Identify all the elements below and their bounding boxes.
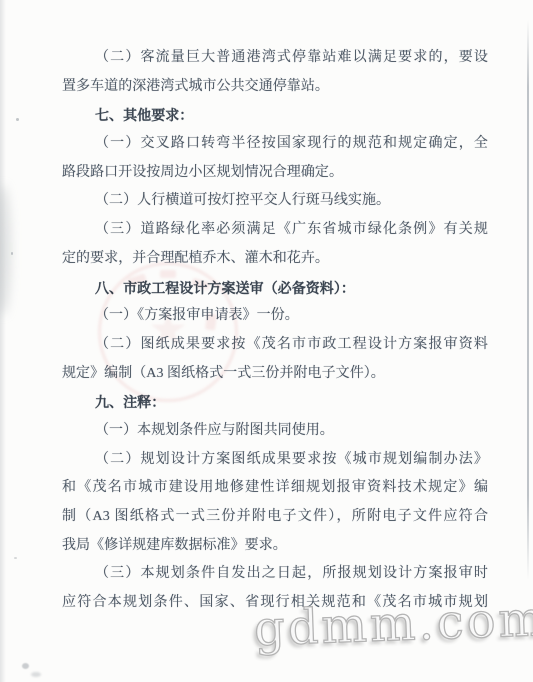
text-line: 我局《修详规建库数据标准》要求。 bbox=[62, 532, 488, 561]
scan-speck bbox=[11, 252, 13, 255]
text-line: 制（A3 图纸格式一式三份并附电子文件），所附电子文件应符合 bbox=[62, 503, 488, 532]
text-line: 规定》编制（A3 图纸格式一式三份并附电子文件）。 bbox=[62, 360, 488, 389]
scan-smudge bbox=[0, 185, 11, 315]
scan-speck bbox=[14, 557, 17, 559]
text-line: （一）《方案报审申请表》一份。 bbox=[62, 302, 488, 331]
text-line: （一）交叉路口转弯半径按国家现行的规范和规定确定，全 bbox=[62, 130, 488, 159]
text-line: 定的要求，并合理配植乔木、灌木和花卉。 bbox=[62, 245, 488, 274]
text-line: （二）规划设计方案图纸成果要求按《城市规划编制办法》 bbox=[62, 446, 488, 475]
text-line: 应符合本规划条件、国家、省现行相关规范和《茂名市城市规划 bbox=[62, 589, 488, 618]
text-line: （二）人行横道可按灯控平交人行斑马线实施。 bbox=[62, 187, 488, 216]
text-line: 路段路口开设按周边小区规划情况合理确定。 bbox=[62, 159, 488, 188]
text-line: （三）道路绿化率必须满足《广东省城市绿化条例》有关规 bbox=[62, 216, 488, 245]
document-text-block: （二）客流量巨大普通港湾式停靠站难以满足要求的，要设置多车道的深港湾式城市公共交… bbox=[62, 44, 488, 618]
section-heading-line: 八、市政工程设计方案送审（必备资料）： bbox=[62, 274, 488, 303]
scan-speck bbox=[16, 118, 19, 121]
scan-speck bbox=[31, 672, 41, 677]
section-heading-line: 七、其他要求： bbox=[62, 101, 488, 130]
text-line: （一）本规划条件应与附图共同使用。 bbox=[62, 417, 488, 446]
scan-edge-left bbox=[0, 0, 6, 682]
text-line: （二）图纸成果要求按《茂名市市政工程设计方案报审资料 bbox=[62, 331, 488, 360]
scan-edge-right bbox=[527, 20, 529, 580]
section-heading-line: 九、注释： bbox=[62, 388, 488, 417]
text-line: 置多车道的深港湾式城市公共交通停靠站。 bbox=[62, 73, 488, 102]
text-line: 和《茂名市城市建设用地修建性详细规划报审资料技术规定》编 bbox=[62, 474, 488, 503]
text-line: （三）本规划条件自发出之日起，所报规划设计方案报审时 bbox=[62, 560, 488, 589]
text-line: （二）客流量巨大普通港湾式停靠站难以满足要求的，要设 bbox=[62, 44, 488, 73]
scanned-document-page: （二）客流量巨大普通港湾式停靠站难以满足要求的，要设置多车道的深港湾式城市公共交… bbox=[0, 0, 533, 682]
scan-speck bbox=[22, 663, 29, 669]
